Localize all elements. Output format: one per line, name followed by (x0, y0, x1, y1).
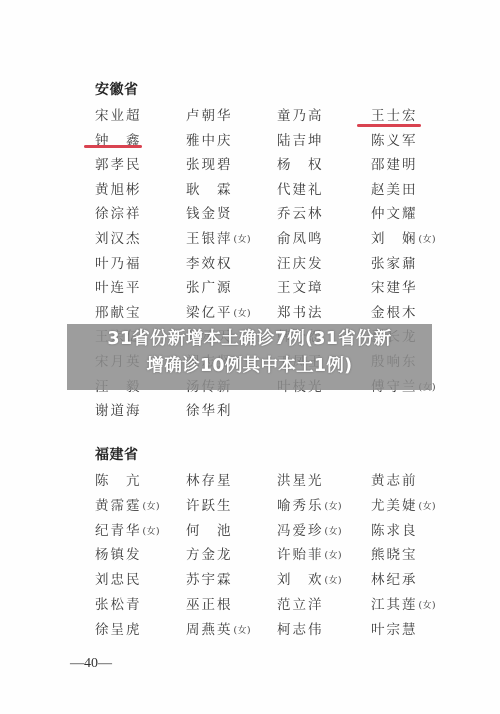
person-name: 宋业超 (95, 108, 142, 124)
female-note: (女) (419, 601, 437, 611)
name-cell: 林纪承 (371, 568, 418, 588)
person-name: 喻秀乐 (277, 498, 324, 514)
name-cell: 梁亿平(女) (186, 301, 251, 321)
person-name: 仲文耀 (371, 206, 418, 222)
name-cell: 郑书法 (277, 301, 324, 321)
name-cell: 熊晓宝 (371, 543, 418, 563)
female-note: (女) (325, 527, 343, 537)
section-title-anhui: 安徽省 (95, 79, 139, 99)
person-name: 邵建明 (371, 157, 418, 173)
person-name: 叶宗慧 (371, 622, 418, 638)
person-name: 张广源 (186, 280, 233, 296)
female-note: (女) (325, 551, 343, 561)
name-cell: 何 池 (186, 519, 233, 539)
person-name: 张松青 (95, 597, 142, 613)
person-name: 刘 欢 (277, 572, 324, 588)
person-name: 许跃生 (186, 498, 233, 514)
name-cell: 刘 欢(女) (277, 568, 342, 588)
person-name: 童乃高 (277, 108, 324, 124)
name-cell: 冯爱珍(女) (277, 519, 342, 539)
caption-overlay-text: 31省份新增本土确诊7例(31省份新 增确诊10例其中本土1例) (67, 326, 432, 380)
name-cell: 金根木 (371, 301, 418, 321)
highlight-underline-zhong-xin (84, 145, 142, 148)
person-name: 黄志前 (371, 473, 418, 489)
name-cell: 刘汉杰 (95, 227, 142, 247)
female-note: (女) (234, 235, 252, 245)
person-name: 杨镇发 (95, 547, 142, 563)
name-cell: 范立洋 (277, 593, 324, 613)
name-row: 黄旭彬耿 霖代建礼赵美田 (0, 178, 500, 200)
name-row: 邢献宝梁亿平(女)郑书法金根木 (0, 301, 500, 323)
name-cell: 宋业超 (95, 104, 142, 124)
name-cell: 杨 权 (277, 153, 324, 173)
section-title-fujian: 福建省 (95, 444, 139, 464)
name-cell: 邵建明 (371, 153, 418, 173)
person-name: 雅中庆 (186, 133, 233, 149)
person-name: 黄霈霆 (95, 498, 142, 514)
person-name: 巫正根 (186, 597, 233, 613)
person-name: 郑书法 (277, 305, 324, 321)
person-name: 刘汉杰 (95, 231, 142, 247)
female-note: (女) (325, 576, 343, 586)
name-cell: 许贻菲(女) (277, 543, 342, 563)
highlight-underline-wang-shihong (357, 124, 421, 127)
name-cell: 童乃高 (277, 104, 324, 124)
name-cell: 王文璋 (277, 276, 324, 296)
name-row: 陈 亢林存星洪星光黄志前 (0, 469, 500, 491)
name-cell: 邢献宝 (95, 301, 142, 321)
person-name: 张现碧 (186, 157, 233, 173)
person-name: 郭孝民 (95, 157, 142, 173)
name-cell: 刘 娴(女) (371, 227, 436, 247)
name-cell: 叶乃福 (95, 252, 142, 272)
name-cell: 徐华利 (186, 399, 233, 419)
name-cell: 宋建华 (371, 276, 418, 296)
person-name: 梁亿平 (186, 305, 233, 321)
name-cell: 仲文耀 (371, 202, 418, 222)
person-name: 宋建华 (371, 280, 418, 296)
name-row: 刘汉杰王银萍(女)俞凤鸣刘 娴(女) (0, 227, 500, 249)
name-cell: 张松青 (95, 593, 142, 613)
name-cell: 张家鼐 (371, 252, 418, 272)
name-cell: 尤美婕(女) (371, 494, 436, 514)
female-note: (女) (234, 309, 252, 319)
female-note: (女) (234, 626, 252, 636)
person-name: 尤美婕 (371, 498, 418, 514)
name-cell: 刘忠民 (95, 568, 142, 588)
name-row: 钟 鑫雅中庆陆吉坤陈义军 (0, 129, 500, 151)
person-name: 徐呈虎 (95, 622, 142, 638)
name-cell: 黄旭彬 (95, 178, 142, 198)
person-name: 刘忠民 (95, 572, 142, 588)
name-cell: 王士宏 (371, 104, 418, 124)
person-name: 陈求良 (371, 523, 418, 539)
person-name: 范立洋 (277, 597, 324, 613)
person-name: 黄旭彬 (95, 182, 142, 198)
person-name: 柯志伟 (277, 622, 324, 638)
person-name: 俞凤鸣 (277, 231, 324, 247)
person-name: 汪庆发 (277, 256, 324, 272)
name-row: 谢道海徐华利 (0, 399, 500, 421)
name-row: 杨镇发方金龙许贻菲(女)熊晓宝 (0, 543, 500, 565)
name-cell: 黄志前 (371, 469, 418, 489)
person-name: 杨 权 (277, 157, 324, 173)
name-cell: 乔云林 (277, 202, 324, 222)
person-name: 叶乃福 (95, 256, 142, 272)
name-row: 纪青华(女)何 池冯爱珍(女)陈求良 (0, 519, 500, 541)
person-name: 纪青华 (95, 523, 142, 539)
person-name: 王银萍 (186, 231, 233, 247)
person-name: 王文璋 (277, 280, 324, 296)
person-name: 苏宇霖 (186, 572, 233, 588)
person-name: 赵美田 (371, 182, 418, 198)
person-name: 徐淙祥 (95, 206, 142, 222)
person-name: 刘 娴 (371, 231, 418, 247)
person-name: 何 池 (186, 523, 233, 539)
name-cell: 汪庆发 (277, 252, 324, 272)
person-name: 李效权 (186, 256, 233, 272)
name-cell: 周燕英(女) (186, 618, 251, 638)
name-cell: 叶连平 (95, 276, 142, 296)
name-cell: 柯志伟 (277, 618, 324, 638)
person-name: 耿 霖 (186, 182, 233, 198)
person-name: 邢献宝 (95, 305, 142, 321)
name-cell: 许跃生 (186, 494, 233, 514)
name-row: 郭孝民张现碧杨 权邵建明 (0, 153, 500, 175)
name-cell: 赵美田 (371, 178, 418, 198)
name-cell: 郭孝民 (95, 153, 142, 173)
person-name: 冯爱珍 (277, 523, 324, 539)
person-name: 代建礼 (277, 182, 324, 198)
caption-line-2: 增确诊10例其中本土1例) (67, 353, 432, 380)
name-cell: 李效权 (186, 252, 233, 272)
name-cell: 黄霈霆(女) (95, 494, 160, 514)
name-cell: 纪青华(女) (95, 519, 160, 539)
name-cell: 喻秀乐(女) (277, 494, 342, 514)
person-name: 陈义军 (371, 133, 418, 149)
person-name: 洪星光 (277, 473, 324, 489)
page-number: —40— (70, 656, 112, 672)
name-row: 黄霈霆(女)许跃生喻秀乐(女)尤美婕(女) (0, 494, 500, 516)
caption-line-1: 31省份新增本土确诊7例(31省份新 (67, 326, 432, 353)
person-name: 陆吉坤 (277, 133, 324, 149)
female-note: (女) (143, 527, 161, 537)
person-name: 谢道海 (95, 403, 142, 419)
person-name: 钱金贤 (186, 206, 233, 222)
person-name: 林纪承 (371, 572, 418, 588)
person-name: 徐华利 (186, 403, 233, 419)
person-name: 周燕英 (186, 622, 233, 638)
person-name: 卢朝华 (186, 108, 233, 124)
name-cell: 陈 亢 (95, 469, 142, 489)
name-cell: 谢道海 (95, 399, 142, 419)
person-name: 陈 亢 (95, 473, 142, 489)
name-cell: 雅中庆 (186, 129, 233, 149)
female-note: (女) (143, 502, 161, 512)
name-row: 刘忠民苏宇霖刘 欢(女)林纪承 (0, 568, 500, 590)
name-cell: 方金龙 (186, 543, 233, 563)
name-row: 叶连平张广源王文璋宋建华 (0, 276, 500, 298)
name-cell: 陈义军 (371, 129, 418, 149)
name-cell: 江其莲(女) (371, 593, 436, 613)
name-cell: 张广源 (186, 276, 233, 296)
person-name: 许贻菲 (277, 547, 324, 563)
name-row: 张松青巫正根范立洋江其莲(女) (0, 593, 500, 615)
name-cell: 徐呈虎 (95, 618, 142, 638)
name-cell: 洪星光 (277, 469, 324, 489)
person-name: 林存星 (186, 473, 233, 489)
document-page: 安徽省 宋业超卢朝华童乃高王士宏钟 鑫雅中庆陆吉坤陈义军郭孝民张现碧杨 权邵建明… (0, 0, 500, 714)
name-cell: 卢朝华 (186, 104, 233, 124)
name-cell: 陆吉坤 (277, 129, 324, 149)
name-row: 徐呈虎周燕英(女)柯志伟叶宗慧 (0, 618, 500, 640)
name-row: 叶乃福李效权汪庆发张家鼐 (0, 252, 500, 274)
name-cell: 俞凤鸣 (277, 227, 324, 247)
name-cell: 陈求良 (371, 519, 418, 539)
person-name: 张家鼐 (371, 256, 418, 272)
female-note: (女) (419, 502, 437, 512)
name-cell: 巫正根 (186, 593, 233, 613)
name-row: 宋业超卢朝华童乃高王士宏 (0, 104, 500, 126)
name-row: 徐淙祥钱金贤乔云林仲文耀 (0, 202, 500, 224)
name-cell: 叶宗慧 (371, 618, 418, 638)
person-name: 叶连平 (95, 280, 142, 296)
person-name: 金根木 (371, 305, 418, 321)
name-cell: 林存星 (186, 469, 233, 489)
person-name: 王士宏 (371, 108, 418, 124)
person-name: 熊晓宝 (371, 547, 418, 563)
person-name: 江其莲 (371, 597, 418, 613)
name-cell: 王银萍(女) (186, 227, 251, 247)
female-note: (女) (325, 502, 343, 512)
person-name: 乔云林 (277, 206, 324, 222)
person-name: 方金龙 (186, 547, 233, 563)
name-cell: 代建礼 (277, 178, 324, 198)
name-cell: 钱金贤 (186, 202, 233, 222)
name-cell: 徐淙祥 (95, 202, 142, 222)
female-note: (女) (419, 235, 437, 245)
name-cell: 杨镇发 (95, 543, 142, 563)
name-cell: 耿 霖 (186, 178, 233, 198)
name-cell: 苏宇霖 (186, 568, 233, 588)
name-cell: 张现碧 (186, 153, 233, 173)
